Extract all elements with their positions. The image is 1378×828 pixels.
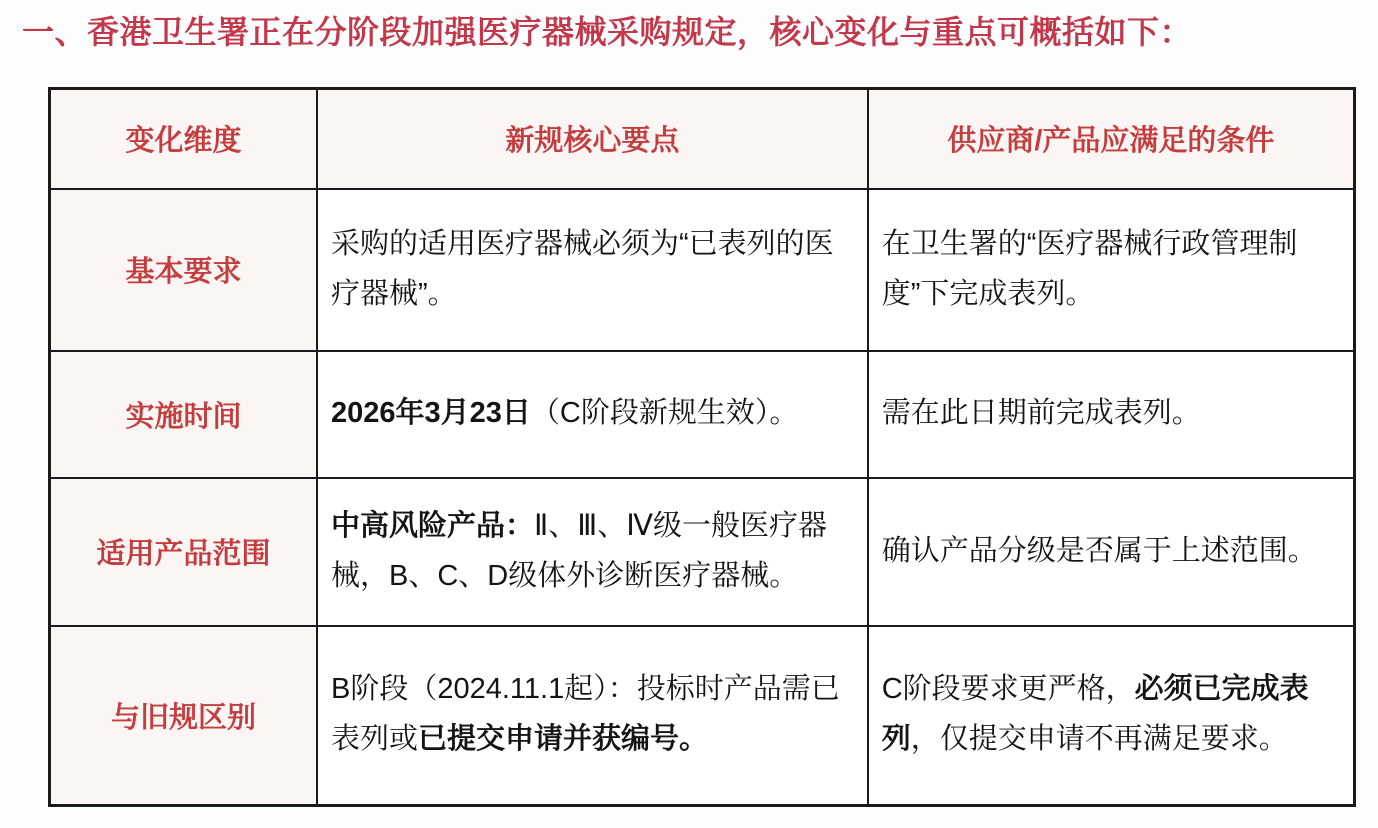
- table-row-basic-requirement: 基本要求 采购的适用医疗器械必须为“已表列的医疗器械”。 在卫生署的“医疗器械行…: [50, 189, 1355, 351]
- page-title: 一、香港卫生署正在分阶段加强医疗器械采购规定，核心变化与重点可概括如下：: [22, 12, 1362, 54]
- row-label: 与旧规区别: [50, 626, 318, 806]
- row-conditions: 确认产品分级是否属于上述范围。: [868, 478, 1355, 626]
- table-row-product-scope: 适用产品范围 中高风险产品：Ⅱ、Ⅲ、Ⅳ级一般医疗器械，B、C、D级体外诊断医疗器…: [50, 478, 1355, 626]
- table-row-implementation-time: 实施时间 2026年3月23日（C阶段新规生效）。 需在此日期前完成表列。: [50, 351, 1355, 478]
- row-points: 2026年3月23日（C阶段新规生效）。: [317, 351, 868, 478]
- row-conditions: 需在此日期前完成表列。: [868, 351, 1355, 478]
- table-row-old-rule-difference: 与旧规区别 B阶段（2024.11.1起）：投标时产品需已表列或已提交申请并获编…: [50, 626, 1355, 806]
- page: 一、香港卫生署正在分阶段加强医疗器械采购规定，核心变化与重点可概括如下： 变化维…: [0, 0, 1378, 828]
- row-points: B阶段（2024.11.1起）：投标时产品需已表列或已提交申请并获编号。: [317, 626, 868, 806]
- row-label: 实施时间: [50, 351, 318, 478]
- header-change-dimension: 变化维度: [50, 89, 318, 189]
- header-new-rule-points: 新规核心要点: [317, 89, 868, 189]
- regulation-table: 变化维度 新规核心要点 供应商/产品应满足的条件 基本要求 采购的适用医疗器械必…: [48, 87, 1356, 807]
- row-conditions: 在卫生署的“医疗器械行政管理制度”下完成表列。: [868, 189, 1355, 351]
- row-points: 中高风险产品：Ⅱ、Ⅲ、Ⅳ级一般医疗器械，B、C、D级体外诊断医疗器械。: [317, 478, 868, 626]
- header-supplier-conditions: 供应商/产品应满足的条件: [868, 89, 1355, 189]
- row-points: 采购的适用医疗器械必须为“已表列的医疗器械”。: [317, 189, 868, 351]
- row-label: 基本要求: [50, 189, 318, 351]
- row-conditions: C阶段要求更严格，必须已完成表列，仅提交申请不再满足要求。: [868, 626, 1355, 806]
- row-label: 适用产品范围: [50, 478, 318, 626]
- table-header-row: 变化维度 新规核心要点 供应商/产品应满足的条件: [50, 89, 1355, 189]
